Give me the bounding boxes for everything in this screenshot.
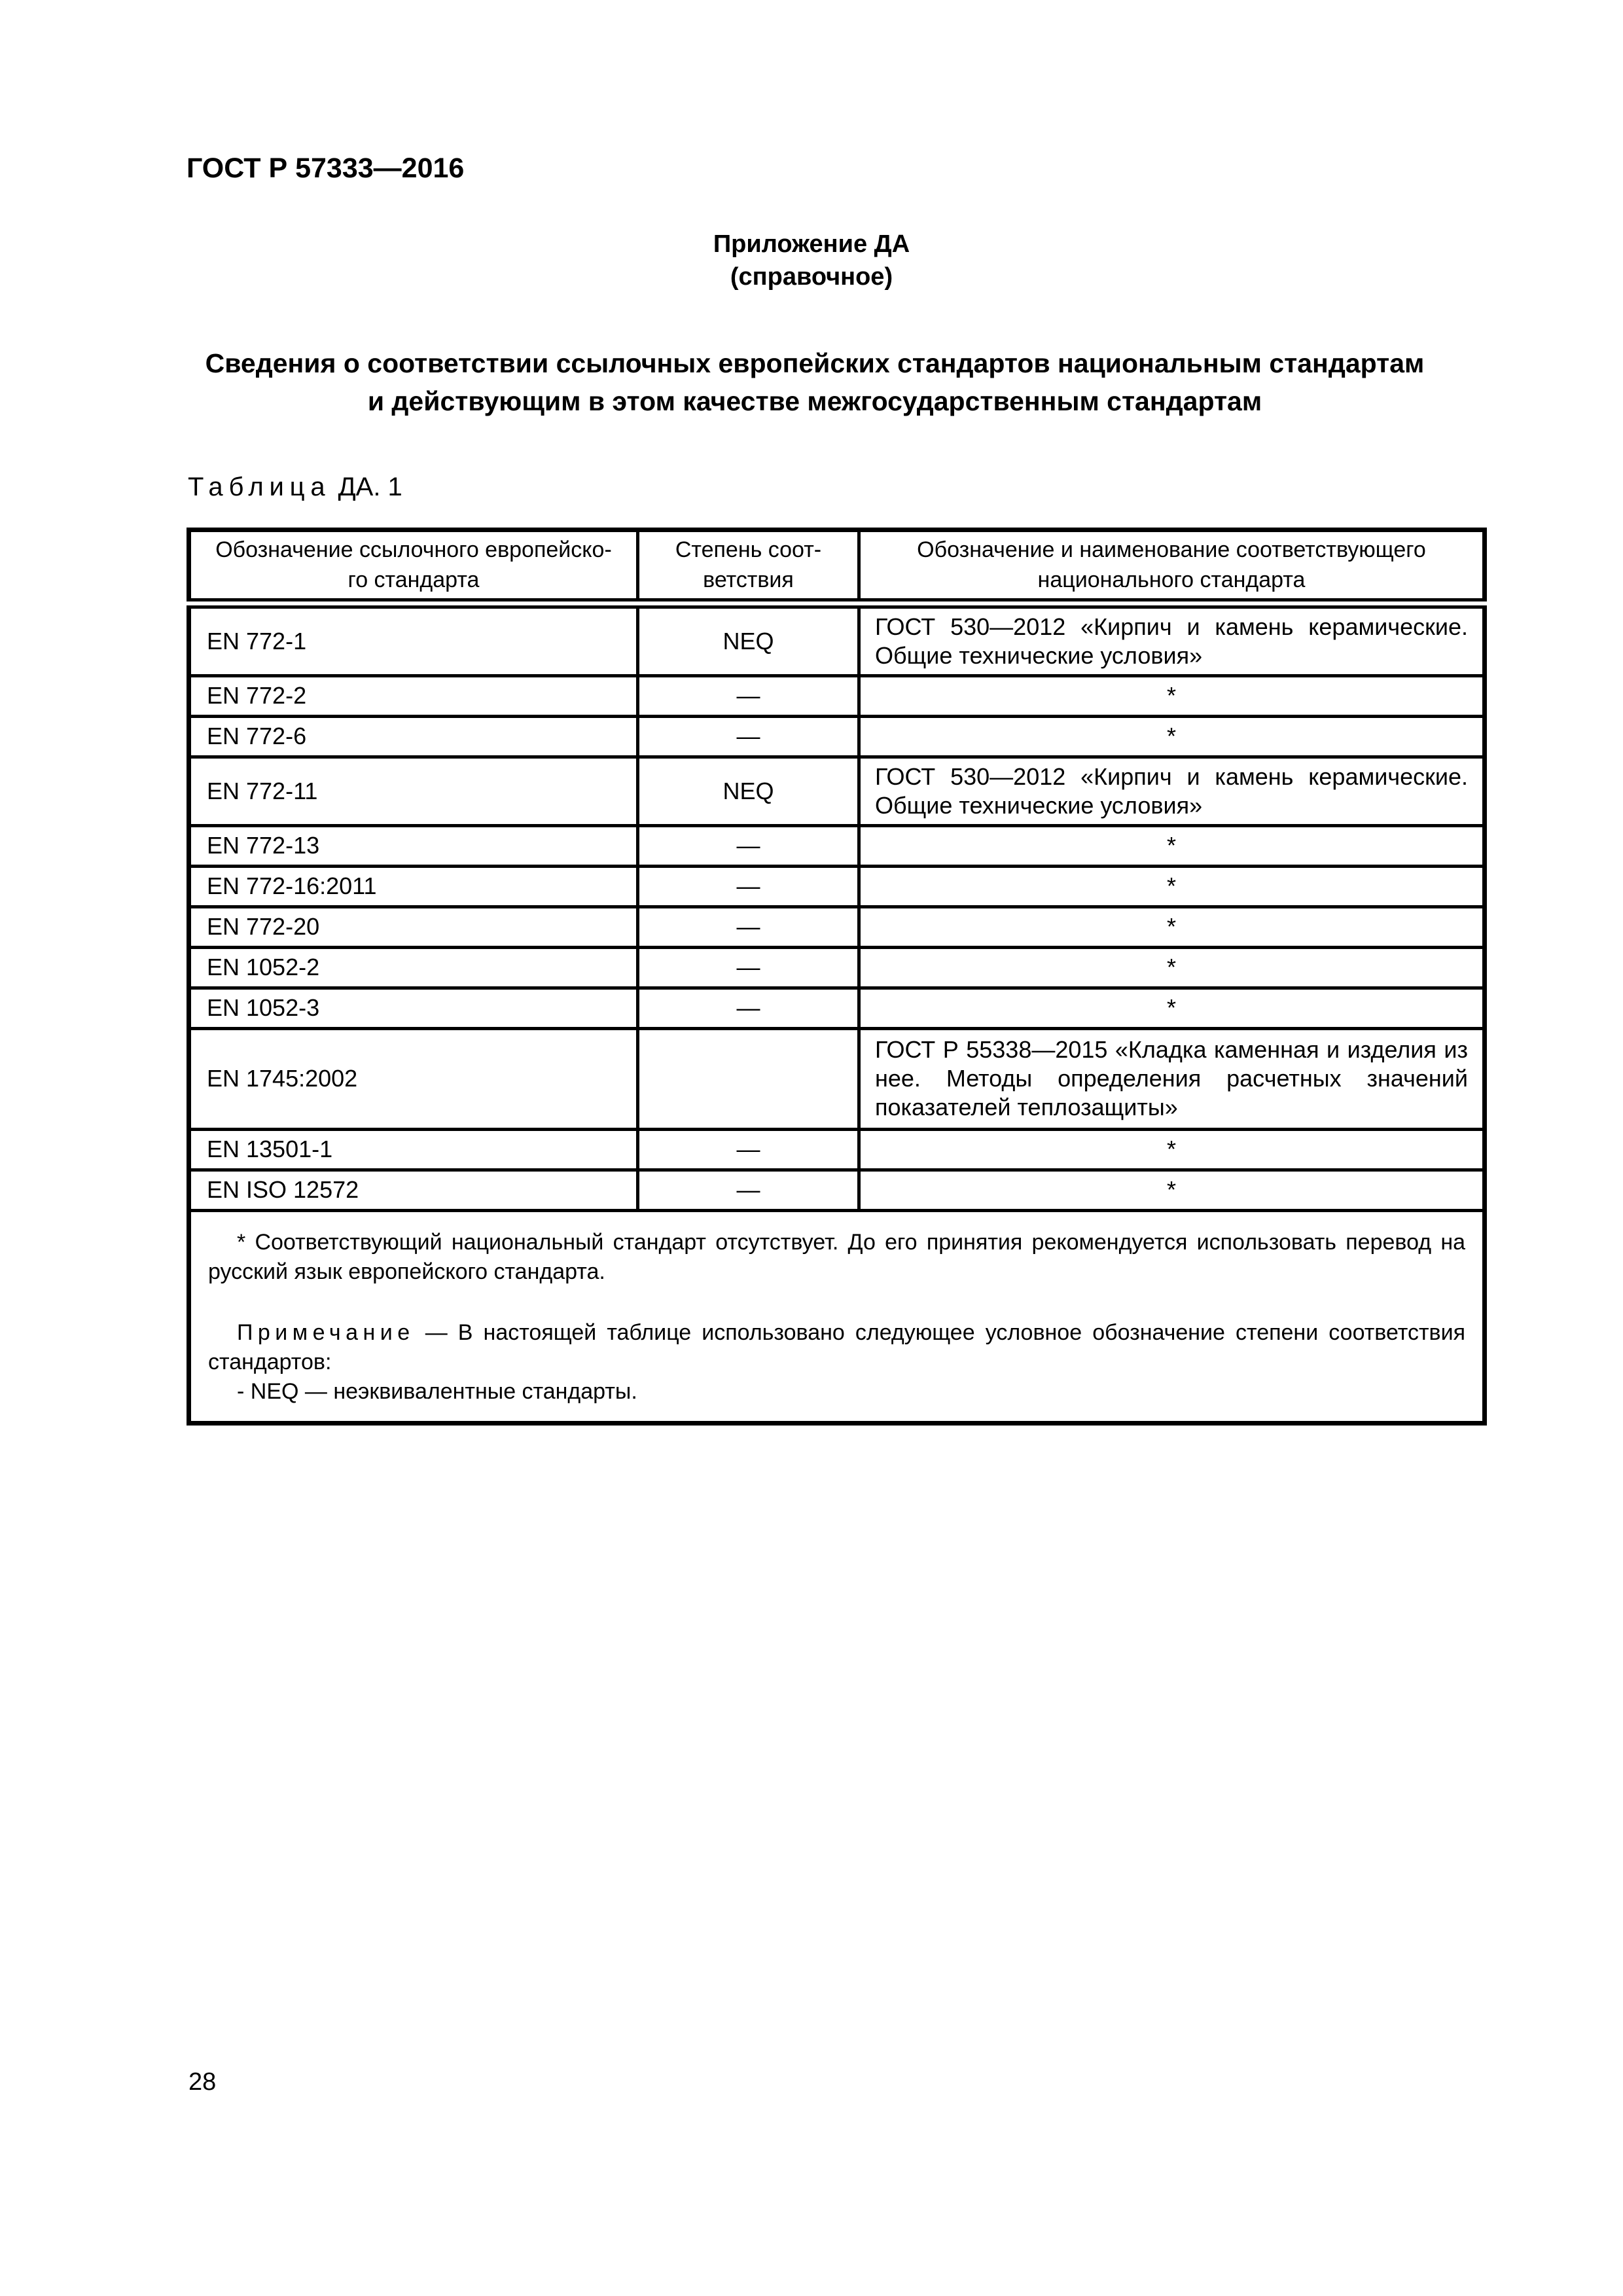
col-header-european-standard: Обозначение ссылочного европейско- го ст… (189, 530, 638, 603)
correspondence-degree-cell: — (638, 866, 859, 906)
national-standard-cell: * (859, 675, 1485, 716)
col-header-line: национального стандарта (1038, 567, 1306, 592)
page-title: Сведения о соответствии ссылочных европе… (164, 344, 1466, 420)
european-standard-cell: EN 772-6 (189, 716, 638, 757)
table-row: EN 772-13 — * (189, 825, 1485, 866)
national-standard-cell: * (859, 947, 1485, 988)
national-standard-cell: * (859, 988, 1485, 1028)
european-standard-cell: EN ISO 12572 (189, 1170, 638, 1210)
appendix-heading: Приложение ДА (справочное) (164, 228, 1459, 293)
col-header-line: го стандарта (348, 567, 480, 592)
table-header-row: Обозначение ссылочного европейско- го ст… (189, 530, 1485, 603)
table-footnote-row: * Соответствующий национальный стандарт … (189, 1210, 1485, 1423)
appendix-kind: (справочное) (164, 260, 1459, 293)
national-standard-cell: ГОСТ 530—2012 «Кирпич и камень керамичес… (859, 757, 1485, 825)
correspondence-degree-cell: — (638, 675, 859, 716)
national-standard-cell: * (859, 1129, 1485, 1170)
european-standard-cell: EN 1052-3 (189, 988, 638, 1028)
national-standard-cell: ГОСТ 530—2012 «Кирпич и камень керамичес… (859, 603, 1485, 676)
table-row: EN 772-11 NEQ ГОСТ 530—2012 «Кирпич и ка… (189, 757, 1485, 825)
national-standard-cell: * (859, 1170, 1485, 1210)
footnote-note: Примечание — В настоящей таблице использ… (208, 1318, 1465, 1377)
national-standard-cell: ГОСТ Р 55338—2015 «Кладка каменная и изд… (859, 1028, 1485, 1129)
table-row: EN 772-2 — * (189, 675, 1485, 716)
european-standard-cell: EN 1052-2 (189, 947, 638, 988)
table-row: EN 13501-1 — * (189, 1129, 1485, 1170)
correspondence-degree-cell: — (638, 825, 859, 866)
table-row: EN 772-20 — * (189, 906, 1485, 947)
appendix-name: Приложение ДА (164, 228, 1459, 260)
col-header-line: Обозначение ссылочного европейско- (215, 537, 612, 562)
correspondence-degree-cell: NEQ (638, 603, 859, 676)
table-row: EN 1052-3 — * (189, 988, 1485, 1028)
footnote-neq-item: - NEQ — неэквивалентные стандарты. (208, 1377, 1465, 1407)
correspondence-degree-cell: — (638, 716, 859, 757)
european-standard-cell: EN 772-1 (189, 603, 638, 676)
page-title-line2: и действующим в этом качестве межгосудар… (164, 382, 1466, 420)
table-row: EN 772-1 NEQ ГОСТ 530—2012 «Кирпич и кам… (189, 603, 1485, 676)
table-row: EN 772-16:2011 — * (189, 866, 1485, 906)
document-page: { "document": { "code": "ГОСТ Р 57333—20… (0, 0, 1623, 2296)
european-standard-cell: EN 772-20 (189, 906, 638, 947)
table-caption: Таблица ДА. 1 (188, 473, 402, 502)
table-row: EN ISO 12572 — * (189, 1170, 1485, 1210)
correspondence-table: Обозначение ссылочного европейско- го ст… (187, 528, 1487, 1426)
european-standard-cell: EN 772-16:2011 (189, 866, 638, 906)
document-code: ГОСТ Р 57333—2016 (187, 152, 464, 185)
table-caption-word: Таблица (188, 473, 330, 501)
col-header-line: Степень соот- (675, 537, 821, 562)
footnote-star-note: * Соответствующий национальный стандарт … (208, 1228, 1465, 1287)
national-standard-cell: * (859, 866, 1485, 906)
col-header-national-standard: Обозначение и наименование соответствующ… (859, 530, 1485, 603)
correspondence-degree-cell: — (638, 988, 859, 1028)
table-row: EN 1052-2 — * (189, 947, 1485, 988)
european-standard-cell: EN 772-11 (189, 757, 638, 825)
european-standard-cell: EN 1745:2002 (189, 1028, 638, 1129)
page-number: 28 (188, 2068, 216, 2096)
col-header-line: ветствия (703, 567, 794, 592)
correspondence-degree-cell (638, 1028, 859, 1129)
european-standard-cell: EN 772-2 (189, 675, 638, 716)
national-standard-cell: * (859, 716, 1485, 757)
col-header-correspondence-degree: Степень соот- ветствия (638, 530, 859, 603)
correspondence-degree-cell: NEQ (638, 757, 859, 825)
table-caption-number: ДА. 1 (338, 473, 402, 501)
correspondence-degree-cell: — (638, 947, 859, 988)
table-row: EN 1745:2002 ГОСТ Р 55338—2015 «Кладка к… (189, 1028, 1485, 1129)
footnote-note-label: Примечание (237, 1320, 415, 1345)
table-footnote-cell: * Соответствующий национальный стандарт … (189, 1210, 1485, 1423)
page-title-line1: Сведения о соответствии ссылочных европе… (164, 344, 1466, 382)
european-standard-cell: EN 13501-1 (189, 1129, 638, 1170)
national-standard-cell: * (859, 906, 1485, 947)
table-row: EN 772-6 — * (189, 716, 1485, 757)
correspondence-degree-cell: — (638, 1129, 859, 1170)
correspondence-degree-cell: — (638, 906, 859, 947)
col-header-line: Обозначение и наименование соответствующ… (917, 537, 1426, 562)
correspondence-degree-cell: — (638, 1170, 859, 1210)
national-standard-cell: * (859, 825, 1485, 866)
european-standard-cell: EN 772-13 (189, 825, 638, 866)
